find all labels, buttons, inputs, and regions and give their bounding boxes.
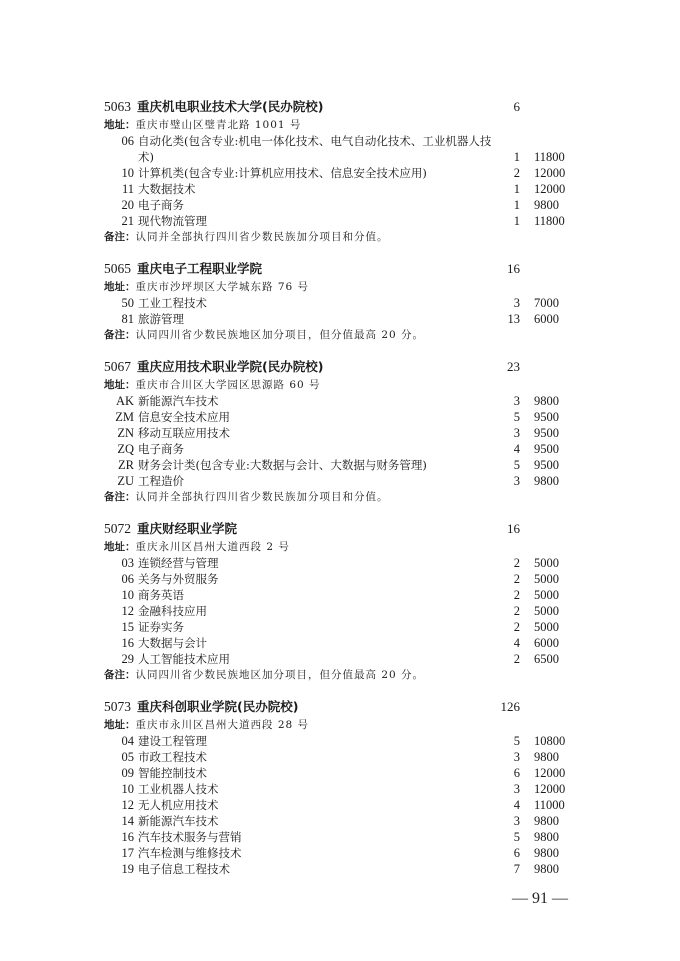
major-row: ZM信息安全技术应用 59500 <box>104 409 584 425</box>
major-row: 06关务与外贸服务 25000 <box>104 571 584 587</box>
major-row: 15证券实务 25000 <box>104 619 584 635</box>
major-row: 17汽车检测与维修技术 69800 <box>104 845 584 861</box>
major-row: ZU工程造价 39800 <box>104 473 584 489</box>
school-block: 5073重庆科创职业学院(民办院校) 126 地址：重庆市永川区昌州大道西段 2… <box>104 697 584 877</box>
school-address: 地址：重庆永川区昌州大道西段 2 号 <box>104 539 584 555</box>
school-code: 5073 <box>104 699 131 714</box>
document-page: 5063重庆机电职业技术大学(民办院校) 6 地址：重庆市璧山区璧青北路 100… <box>104 97 584 891</box>
school-title: 5072重庆财经职业学院 16 <box>104 519 584 539</box>
school-code: 5065 <box>104 261 131 276</box>
major-row: 03连锁经营与管理 25000 <box>104 555 584 571</box>
school-address: 地址：重庆市合川区大学园区思源路 60 号 <box>104 377 584 393</box>
school-title: 5073重庆科创职业学院(民办院校) 126 <box>104 697 584 717</box>
school-total: 16 <box>484 259 520 279</box>
school-block: 5063重庆机电职业技术大学(民办院校) 6 地址：重庆市璧山区璧青北路 100… <box>104 97 584 245</box>
school-total: 6 <box>484 97 520 117</box>
major-row: 19电子信息工程技术 79800 <box>104 861 584 877</box>
major-row: 10商务英语 25000 <box>104 587 584 603</box>
school-total: 23 <box>484 357 520 377</box>
major-row: 16汽车技术服务与营销 59800 <box>104 829 584 845</box>
major-row: 12金融科技应用 25000 <box>104 603 584 619</box>
school-title: 5065重庆电子工程职业学院 16 <box>104 259 584 279</box>
school-note: 备注：认同并全部执行四川省少数民族加分项目和分值。 <box>104 489 584 505</box>
major-row: 16大数据与会计 46000 <box>104 635 584 651</box>
school-block: 5072重庆财经职业学院 16 地址：重庆永川区昌州大道西段 2 号 03连锁经… <box>104 519 584 683</box>
school-block: 5067重庆应用技术职业学院(民办院校) 23 地址：重庆市合川区大学园区思源路… <box>104 357 584 505</box>
major-row: 20电子商务 19800 <box>104 197 584 213</box>
major-row: 21现代物流管理 111800 <box>104 213 584 229</box>
major-row: 05市政工程技术 39800 <box>104 749 584 765</box>
major-row: 50工业工程技术 37000 <box>104 295 584 311</box>
school-note: 备注：认同四川省少数民族地区加分项目，但分值最高 20 分。 <box>104 327 584 343</box>
school-title: 5063重庆机电职业技术大学(民办院校) 6 <box>104 97 584 117</box>
school-note: 备注：认同并全部执行四川省少数民族加分项目和分值。 <box>104 229 584 245</box>
school-name: 重庆电子工程职业学院 <box>137 261 262 276</box>
school-code: 5067 <box>104 359 131 374</box>
school-total: 16 <box>484 519 520 539</box>
school-total: 126 <box>484 697 520 717</box>
school-code: 5063 <box>104 99 131 114</box>
major-row: 12无人机应用技术 411000 <box>104 797 584 813</box>
school-code: 5072 <box>104 521 131 536</box>
school-title: 5067重庆应用技术职业学院(民办院校) 23 <box>104 357 584 377</box>
school-name: 重庆机电职业技术大学(民办院校) <box>137 99 323 114</box>
major-row: AK新能源汽车技术 39800 <box>104 393 584 409</box>
major-row: 04建设工程管理 510800 <box>104 733 584 749</box>
major-row-continued: 术) 1 11800 <box>104 149 584 165</box>
major-row: 29人工智能技术应用 26500 <box>104 651 584 667</box>
school-address: 地址：重庆市永川区昌州大道西段 28 号 <box>104 717 584 733</box>
major-row: 09智能控制技术 612000 <box>104 765 584 781</box>
major-row: ZN移动互联应用技术 39500 <box>104 425 584 441</box>
school-note: 备注：认同四川省少数民族地区加分项目，但分值最高 20 分。 <box>104 667 584 683</box>
major-row: 14新能源汽车技术 39800 <box>104 813 584 829</box>
major-row: ZR财务会计类(包含专业:大数据与会计、大数据与财务管理) 59500 <box>104 457 584 473</box>
major-row: 06自动化类(包含专业:机电一体化技术、电气自动化技术、工业机器人技 <box>104 133 584 149</box>
school-name: 重庆应用技术职业学院(民办院校) <box>137 359 323 374</box>
major-row: 81旅游管理 136000 <box>104 311 584 327</box>
page-number: — 91 — <box>512 890 568 908</box>
major-row: 10工业机器人技术 312000 <box>104 781 584 797</box>
school-name: 重庆财经职业学院 <box>137 521 237 536</box>
school-block: 5065重庆电子工程职业学院 16 地址：重庆市沙坪坝区大学城东路 76 号 5… <box>104 259 584 343</box>
school-address: 地址：重庆市沙坪坝区大学城东路 76 号 <box>104 279 584 295</box>
school-address: 地址：重庆市璧山区璧青北路 1001 号 <box>104 117 584 133</box>
major-row: 11大数据技术 112000 <box>104 181 584 197</box>
major-row: ZQ电子商务 49500 <box>104 441 584 457</box>
school-name: 重庆科创职业学院(民办院校) <box>137 699 298 714</box>
major-row: 10计算机类(包含专业:计算机应用技术、信息安全技术应用) 212000 <box>104 165 584 181</box>
